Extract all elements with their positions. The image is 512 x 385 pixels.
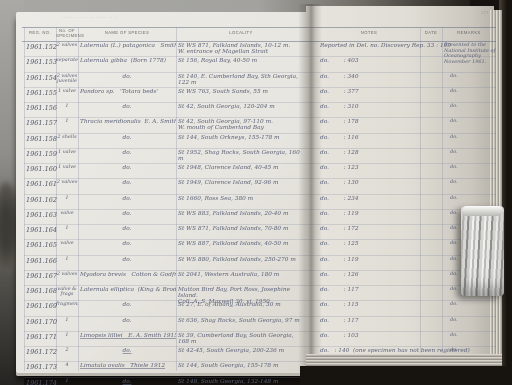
cell-species: do.	[78, 378, 176, 385]
cell-species: Limatula ovalis Thiele 1912	[78, 362, 176, 376]
cell-species: do.	[78, 179, 176, 193]
cell-notes: do. : 130	[312, 179, 420, 193]
cell-reg-no: 1961.160	[24, 164, 56, 178]
cell-date	[420, 301, 442, 315]
cell-species: do.	[78, 240, 176, 254]
cell-reg-no: 1961.173	[24, 362, 56, 376]
cell-remarks: do.	[442, 179, 496, 193]
table-row: 1961.166 1 do. St WS 880, Falkland Islan…	[24, 256, 496, 271]
cell-species: Thracia meridionalis E. A. Smith 1885	[78, 118, 176, 132]
cell-specimens: 1	[56, 225, 78, 239]
cell-locality: St WS 871, Falkland Islands, 70-80 m	[176, 225, 306, 239]
cell-remarks: do.	[442, 118, 496, 132]
cell-species: do.	[78, 210, 176, 224]
table-row: 1961.164 1 do. St WS 871, Falkland Islan…	[24, 225, 496, 240]
cell-reg-no: 1961.166	[24, 256, 56, 270]
cell-date	[420, 317, 442, 331]
header-remarks: REMARKS	[442, 31, 496, 36]
cell-locality: St 42, South Georgia, 97-110 m. W. mouth…	[176, 118, 306, 132]
cell-locality: St WS 880, Falkland Islands, 250-270 m	[176, 256, 306, 270]
cell-locality: St 27, E. of Albany, Australia, 30 m	[176, 301, 306, 315]
cell-reg-no: 1961.153	[24, 57, 56, 71]
cell-specimens: fragments	[56, 301, 78, 315]
cell-specimens: 1 valve	[56, 149, 78, 163]
cell-specimens: 1	[56, 195, 78, 209]
table-row: 1961.153 separate Laternula gibba (Born …	[24, 57, 496, 72]
cell-date	[420, 179, 442, 193]
cell-specimens: 2	[56, 347, 78, 361]
cell-species: Myodora brevis Cotton & Godfrey 1938	[78, 271, 176, 285]
cell-date	[420, 240, 442, 254]
metal-clip-top	[463, 206, 502, 216]
cell-remarks	[442, 57, 496, 71]
header-reg-no: REG. NO.	[24, 31, 56, 36]
cell-reg-no: 1961.172	[24, 347, 56, 361]
cell-date	[420, 118, 442, 132]
cell-remarks: do.	[442, 332, 496, 346]
cell-notes: do. : 103	[312, 332, 420, 346]
table-row: 1961.169 fragments do. St 27, E. of Alba…	[24, 301, 496, 316]
header-locality: LOCALITY	[176, 31, 306, 36]
cell-locality: St WS 763, South Sands, 55 m	[176, 88, 306, 102]
cell-species: do.	[78, 103, 176, 117]
cell-locality: St 1948, Clarence Island, 40-45 m	[176, 164, 306, 178]
table-row: 1961.161 2 valves do. St 1949, Clarence …	[24, 179, 496, 194]
table-row: 1961.158 2 shells do. St 144, South Orkn…	[24, 134, 496, 149]
cell-remarks: do.	[442, 301, 496, 315]
table-row: 1961.168 valve & frags Laternula ellipti…	[24, 286, 496, 301]
cell-date	[420, 164, 442, 178]
table-row: 1961.155 1 valve Pandora sp. 'Totara bed…	[24, 88, 496, 103]
cell-specimens: 1	[56, 256, 78, 270]
cell-date	[420, 134, 442, 148]
cell-remarks: do.	[442, 103, 496, 117]
cell-notes: do. : 128	[312, 149, 420, 163]
table-row: 1961.152 2 valves Laternula (L.) patagon…	[24, 42, 496, 57]
cell-specimens: 4	[56, 362, 78, 376]
cell-species: do.	[78, 164, 176, 178]
cell-reg-no: 1961.171	[24, 332, 56, 346]
header-specimens: No. OF SPECIMENS	[56, 29, 78, 38]
cell-locality: St 144, South Georgia, 155-178 m	[176, 362, 306, 376]
cell-locality: St 1952, Shag Rocks, South Georgia, 160 …	[176, 149, 306, 163]
cell-reg-no: 1961.156	[24, 103, 56, 117]
cell-specimens: 2 valves	[56, 271, 78, 285]
cell-specimens: 2 valves	[56, 179, 78, 193]
cell-reg-no: 1961.154	[24, 73, 56, 87]
header-species: NAME OF SPECIES	[78, 31, 176, 36]
cell-locality: St 156, Royal Bay, 40-50 m	[176, 57, 306, 71]
cell-locality: St 39, Cumberland Bay, South Georgia, 16…	[176, 332, 306, 346]
cell-reg-no: 1961.158	[24, 134, 56, 148]
cell-reg-no: 1961.162	[24, 195, 56, 209]
cell-species: do.	[78, 195, 176, 209]
cell-notes: do. : 117	[312, 317, 420, 331]
cell-date	[420, 73, 442, 87]
table-row: 1961.154 2 valves juvenile do. St 140, E…	[24, 73, 496, 88]
cell-species: do.	[78, 149, 176, 163]
cell-date	[420, 210, 442, 224]
cell-reg-no: 1961.167	[24, 271, 56, 285]
cell-notes: do. : 340	[312, 73, 420, 87]
book-cover-bottom	[300, 366, 512, 385]
cell-notes: do. : 403	[312, 57, 420, 71]
cell-reg-no: 1961.165	[24, 240, 56, 254]
cell-reg-no: 1961.155	[24, 88, 56, 102]
table-row: 1961.159 1 valve do. St 1952, Shag Rocks…	[24, 149, 496, 164]
cell-reg-no: 1961.174	[24, 378, 56, 385]
table-row: 1961.171 1 Limopsis lilliei E. A. Smith …	[24, 332, 496, 347]
cell-date	[420, 271, 442, 285]
cell-date	[420, 57, 442, 71]
cell-locality: St 148, South Georgia, 132-148 m	[176, 378, 306, 385]
cell-remarks: do.	[442, 134, 496, 148]
cell-date	[420, 149, 442, 163]
cell-specimens: 1	[56, 118, 78, 132]
cell-reg-no: 1961.163	[24, 210, 56, 224]
table-row: 1961.157 1 Thracia meridionalis E. A. Sm…	[24, 118, 496, 133]
table-rows: 1961.152 2 valves Laternula (L.) patagon…	[24, 42, 496, 385]
table-top-rule	[22, 27, 496, 28]
cell-locality: St 636, Shag Rocks, South Georgia, 97 m	[176, 317, 306, 331]
table-row: 1961.165 valve do. St WS 887, Falkland I…	[24, 240, 496, 255]
cell-species: Limopsis lilliei E. A. Smith 1915	[78, 332, 176, 346]
cell-specimens: 1 valve	[56, 88, 78, 102]
cell-specimens: 2 valves juvenile	[56, 73, 78, 87]
cell-notes: do. : 377	[312, 88, 420, 102]
cell-locality: St WS 887, Falkland Islands, 40-50 m	[176, 240, 306, 254]
cell-remarks: do.	[442, 164, 496, 178]
table-row: 1961.163 valve do. St WS 883, Falkland I…	[24, 210, 496, 225]
cell-locality: St 2041, Western Australia, 180 m	[176, 271, 306, 285]
table-row: 1961.156 1 do. St 42, South Georgia, 120…	[24, 103, 496, 118]
cell-remarks: do.	[442, 317, 496, 331]
cell-species: do.	[78, 134, 176, 148]
cell-notes: do. : 125	[312, 240, 420, 254]
cell-species: do.	[78, 301, 176, 315]
cell-date	[420, 88, 442, 102]
cell-locality: St WS 883, Falkland Islands, 20-40 m	[176, 210, 306, 224]
cell-specimens: 1	[56, 103, 78, 117]
cell-date	[420, 256, 442, 270]
table-row: 1961.167 2 valves Myodora brevis Cotton …	[24, 271, 496, 286]
cell-reg-no: 1961.170	[24, 317, 56, 331]
cell-notes: do. : 116	[312, 134, 420, 148]
cell-notes: do. : 115	[312, 301, 420, 315]
cell-date	[420, 225, 442, 239]
cell-remarks: do.	[442, 149, 496, 163]
cell-notes: do. : 119	[312, 256, 420, 270]
cell-reg-no: 1961.161	[24, 179, 56, 193]
cell-specimens: 1	[56, 378, 78, 385]
cell-specimens: 1	[56, 317, 78, 331]
cell-remarks: do.	[442, 73, 496, 87]
cell-reg-no: 1961.157	[24, 118, 56, 132]
cell-notes: do. : 310	[312, 103, 420, 117]
metal-clip	[461, 206, 504, 296]
cell-species: do.	[78, 225, 176, 239]
table-row: 1961.162 1 do. St 1660, Ross Sea, 380 m …	[24, 195, 496, 210]
cell-species: do.	[78, 317, 176, 331]
header-date: DATE	[420, 31, 442, 36]
cell-specimens: valve	[56, 210, 78, 224]
table-row: 1961.170 1 do. St 636, Shag Rocks, South…	[24, 317, 496, 332]
cell-locality: St 1949, Clarence Island, 92-96 m	[176, 179, 306, 193]
cell-reg-no: 1961.164	[24, 225, 56, 239]
cell-locality: St 42-45, South Georgia, 200-236 m	[176, 347, 306, 361]
cell-locality: St 140, E. Cumberland Bay, Sth Georgia, …	[176, 73, 306, 87]
cell-locality: St 1660, Ross Sea, 380 m	[176, 195, 306, 209]
cell-date	[420, 103, 442, 117]
cell-reg-no: 1961.159	[24, 149, 56, 163]
header-notes: NOTES	[318, 31, 420, 36]
cell-locality: St 144, South Orkneys, 155-178 m	[176, 134, 306, 148]
cell-date	[420, 195, 442, 209]
cell-remarks: do.	[442, 88, 496, 102]
cell-notes: do. : 119	[312, 210, 420, 224]
cell-specimens: separate	[56, 57, 78, 71]
page-number: 177	[481, 10, 489, 15]
cell-species: Pandora sp. 'Totara beds'	[78, 88, 176, 102]
cell-locality: St 42, South Georgia, 120-204 m	[176, 103, 306, 117]
cell-species: do.	[78, 73, 176, 87]
cell-reg-no: 1961.169	[24, 301, 56, 315]
cell-notes: do. : 123	[312, 164, 420, 178]
cell-species: do.	[78, 256, 176, 270]
cell-species: do.	[78, 347, 176, 361]
printed-caption: ∙∙∙∙∙∙∙∙ ∙∙∙ ∙∙ ∙∙∙∙∙ ∙∙ ∙∙	[62, 15, 119, 20]
cell-specimens: 1	[56, 332, 78, 346]
cell-specimens: valve	[56, 240, 78, 254]
cell-notes: do. : 234	[312, 195, 420, 209]
cell-notes: do. : 172	[312, 225, 420, 239]
cell-specimens: 2 shells	[56, 134, 78, 148]
cell-notes: do. : 126	[312, 271, 420, 285]
cell-species: Laternula gibba (Born 1778)	[78, 57, 176, 71]
cell-date	[420, 332, 442, 346]
table-row: 1961.160 1 valve do. St 1948, Clarence I…	[24, 164, 496, 179]
cell-notes: do. : 178	[312, 118, 420, 132]
cell-specimens: 1 valve	[56, 164, 78, 178]
